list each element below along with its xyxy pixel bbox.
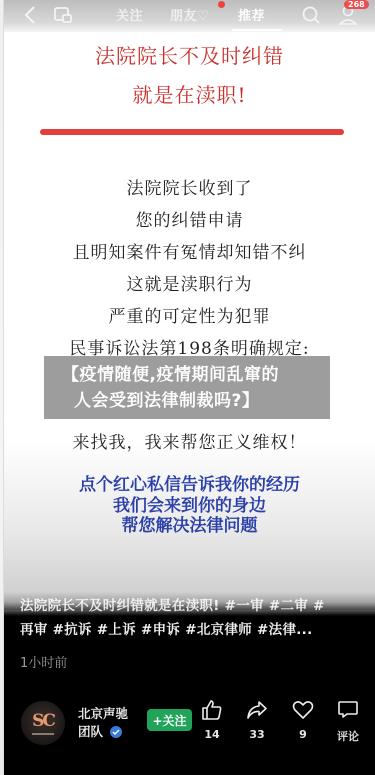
overlay-title-line-1: 【疫情随便,疫情期间乱窜的 bbox=[62, 362, 330, 388]
active-tab-indicator bbox=[232, 29, 282, 31]
video-screen: 法院院长不及时纠错 就是在渎职! 法院院长收到了 您的纠错申请 且明知案件有冤情… bbox=[4, 0, 375, 775]
heart-icon bbox=[291, 698, 315, 722]
video-frame[interactable]: 法院院长不及时纠错 就是在渎职! 法院院长收到了 您的纠错申请 且明知案件有冤情… bbox=[4, 0, 375, 610]
post-timestamp: 1小时前 bbox=[20, 652, 67, 671]
comment-icon bbox=[336, 698, 360, 722]
video-headline-line-1: 法院院长不及时纠错 bbox=[4, 40, 375, 69]
author-name[interactable]: 北京声驰 bbox=[78, 704, 128, 722]
author-name-line-2[interactable]: 团队 bbox=[78, 722, 103, 740]
follow-button[interactable]: +关注 bbox=[147, 709, 192, 731]
like-count: 14 bbox=[204, 728, 219, 741]
caption-line-2: 再审 #抗诉 #上诉 #申诉 #北京律师 #法律... bbox=[20, 618, 365, 642]
top-navigation: 关注 朋友♡ 推荐 268 bbox=[4, 0, 375, 32]
tab-follow[interactable]: 关注 bbox=[116, 5, 143, 24]
author-avatar[interactable]: SC bbox=[21, 701, 65, 745]
video-body-line: 且明知案件有冤情却知错不纠 bbox=[4, 238, 375, 263]
notification-dot bbox=[218, 1, 225, 8]
share-icon bbox=[245, 698, 269, 722]
share-button[interactable]: 33 bbox=[239, 698, 275, 741]
post-info-panel: 法院院长不及时纠错就是在渎职! #一审 #二审 # 再审 #抗诉 #上诉 #申诉… bbox=[4, 592, 375, 775]
picture-in-picture-icon[interactable] bbox=[52, 4, 74, 26]
post-caption[interactable]: 法院院长不及时纠错就是在渎职! #一审 #二审 # 再审 #抗诉 #上诉 #申诉… bbox=[20, 594, 365, 642]
back-icon[interactable] bbox=[22, 4, 38, 26]
cta-line: 我们会来到你的身边 bbox=[4, 496, 375, 516]
video-headline-line-2: 就是在渎职! bbox=[4, 79, 375, 108]
favorite-button[interactable]: 9 bbox=[285, 698, 321, 741]
verified-icon bbox=[110, 726, 122, 738]
video-body-line: 来找我，我来帮您正义维权！ bbox=[4, 428, 375, 453]
title-overlay: 【疫情随便,疫情期间乱窜的 人会受到法律制裁吗?】 bbox=[44, 356, 330, 419]
cta-line: 帮您解决法律问题 bbox=[4, 516, 375, 536]
comment-button[interactable]: 评论 bbox=[330, 698, 366, 744]
video-body-line: 法院院长收到了 bbox=[4, 174, 375, 199]
comment-label: 评论 bbox=[337, 728, 359, 744]
overlay-title-line-2: 人会受到法律制裁吗?】 bbox=[62, 388, 330, 414]
favorite-count: 9 bbox=[299, 728, 307, 741]
message-count-badge: 268 bbox=[344, 0, 369, 9]
video-body-line: 这就是渎职行为 bbox=[4, 270, 375, 295]
video-body-line: 严重的可定性为犯罪 bbox=[4, 302, 375, 327]
search-icon[interactable] bbox=[300, 4, 322, 26]
like-button[interactable]: 14 bbox=[194, 698, 230, 741]
headline-divider bbox=[40, 129, 344, 135]
thumbs-up-icon bbox=[200, 698, 224, 722]
caption-line-1: 法院院长不及时纠错就是在渎职! #一审 #二审 # bbox=[20, 594, 365, 618]
avatar-logo-underline bbox=[32, 733, 54, 735]
share-count: 33 bbox=[249, 728, 264, 741]
cta-line: 点个红心私信告诉我你的经历 bbox=[4, 475, 375, 495]
tab-recommend[interactable]: 推荐 bbox=[238, 5, 265, 24]
avatar-logo-text: SC bbox=[32, 711, 54, 731]
tab-friends[interactable]: 朋友♡ bbox=[170, 5, 209, 24]
video-body-line: 您的纠错申请 bbox=[4, 206, 375, 231]
